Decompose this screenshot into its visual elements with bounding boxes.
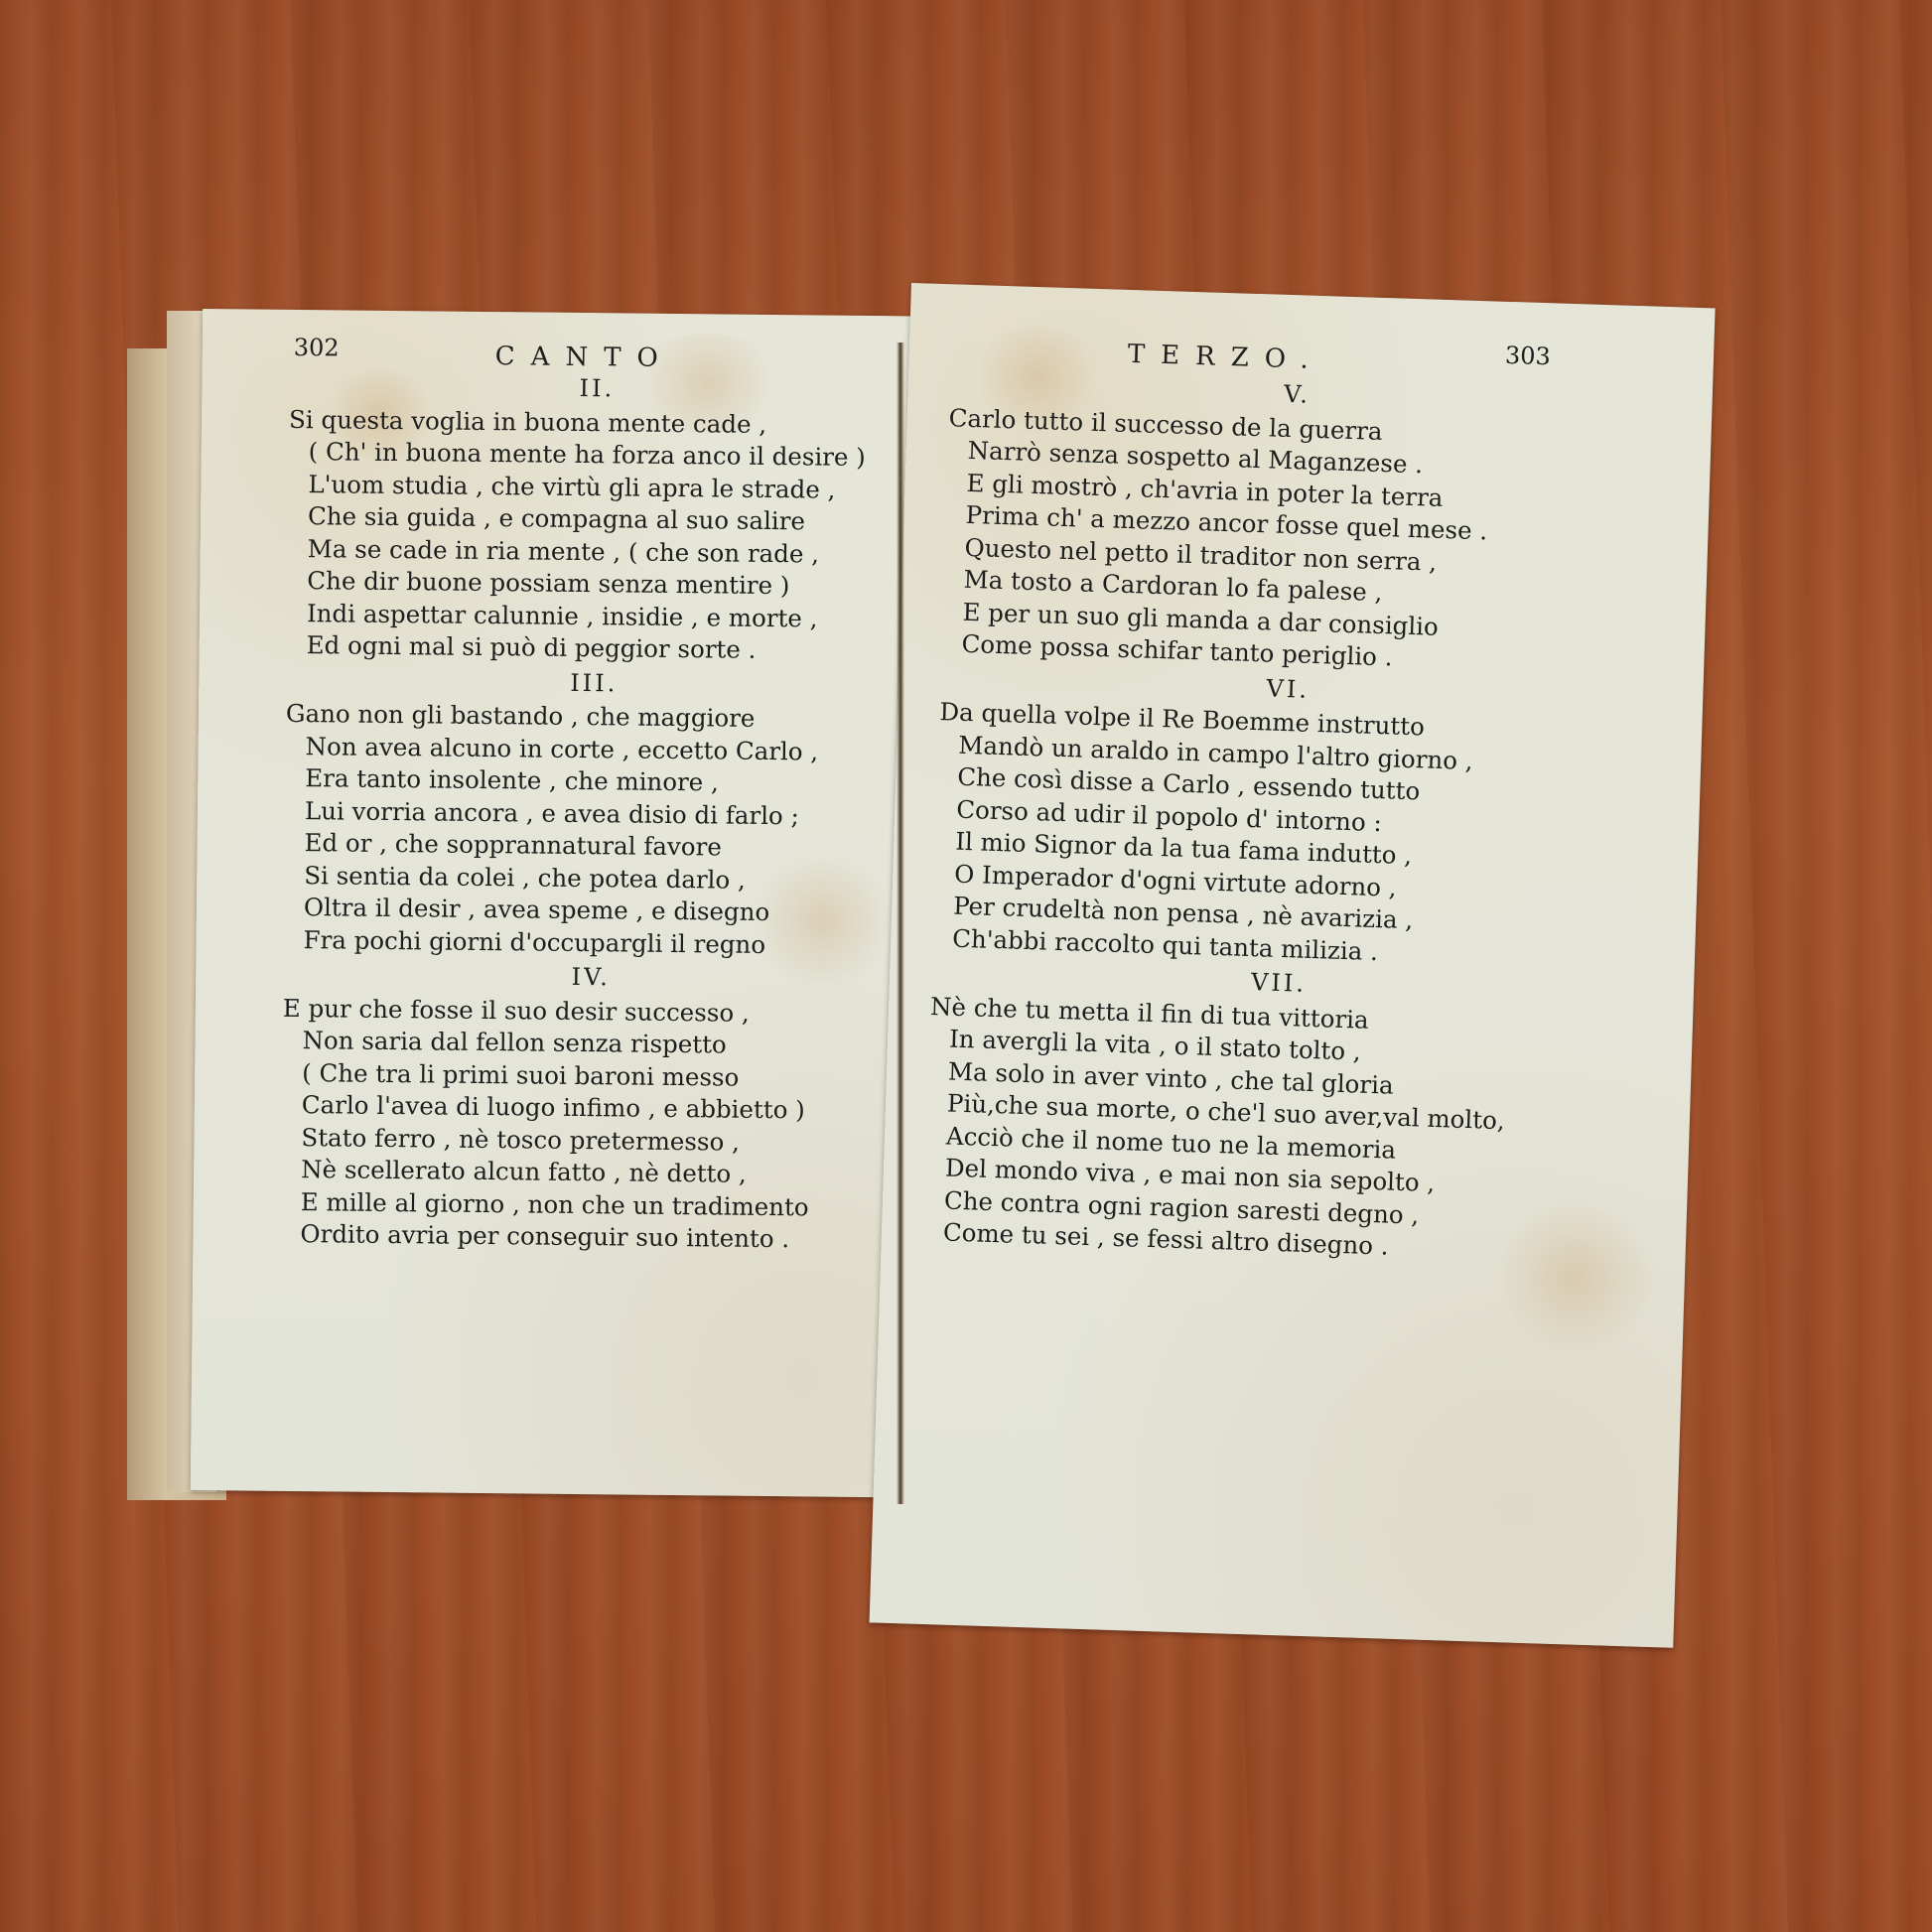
page-number: 302 bbox=[294, 334, 340, 361]
left-text: II. Si questa voglia in buona mente cade… bbox=[280, 367, 904, 1257]
verse-line: Ordito avria per conseguir suo intento . bbox=[280, 1218, 896, 1257]
stanza: V. Carlo tutto il successo de la guerra … bbox=[941, 367, 1645, 681]
stanza: VI. Da quella volpe il Re Boemme instrut… bbox=[932, 662, 1636, 976]
stanza-number: III. bbox=[286, 663, 901, 702]
verse-line: Ed ogni mal si può di peggior sorte . bbox=[287, 629, 902, 668]
page-number: 303 bbox=[1505, 342, 1552, 370]
book-gutter-binding bbox=[897, 343, 904, 1504]
stanza: III. Gano non gli bastando , che maggior… bbox=[283, 663, 901, 962]
stanza: IV. E pur che fosse il suo desir success… bbox=[280, 958, 898, 1257]
right-page: TERZO. 303 V. Carlo tutto il successo de… bbox=[870, 283, 1716, 1648]
stanza-number: IV. bbox=[283, 958, 898, 997]
verse-line: Fra pochi giorni d'occupargli il regno bbox=[283, 923, 898, 962]
right-text: V. Carlo tutto il successo de la guerra … bbox=[922, 365, 1645, 1270]
stanza-number: II. bbox=[289, 369, 904, 408]
running-head: TERZO. bbox=[1127, 340, 1324, 375]
open-book: 302 CANTO II. Si questa voglia in buona … bbox=[127, 283, 1716, 1633]
stanza: VII. Nè che tu metta il fin di tua vitto… bbox=[922, 956, 1626, 1270]
stanza: II. Si questa voglia in buona mente cade… bbox=[287, 369, 905, 668]
left-page: 302 CANTO II. Si questa voglia in buona … bbox=[191, 309, 967, 1498]
running-head: CANTO bbox=[495, 342, 674, 373]
